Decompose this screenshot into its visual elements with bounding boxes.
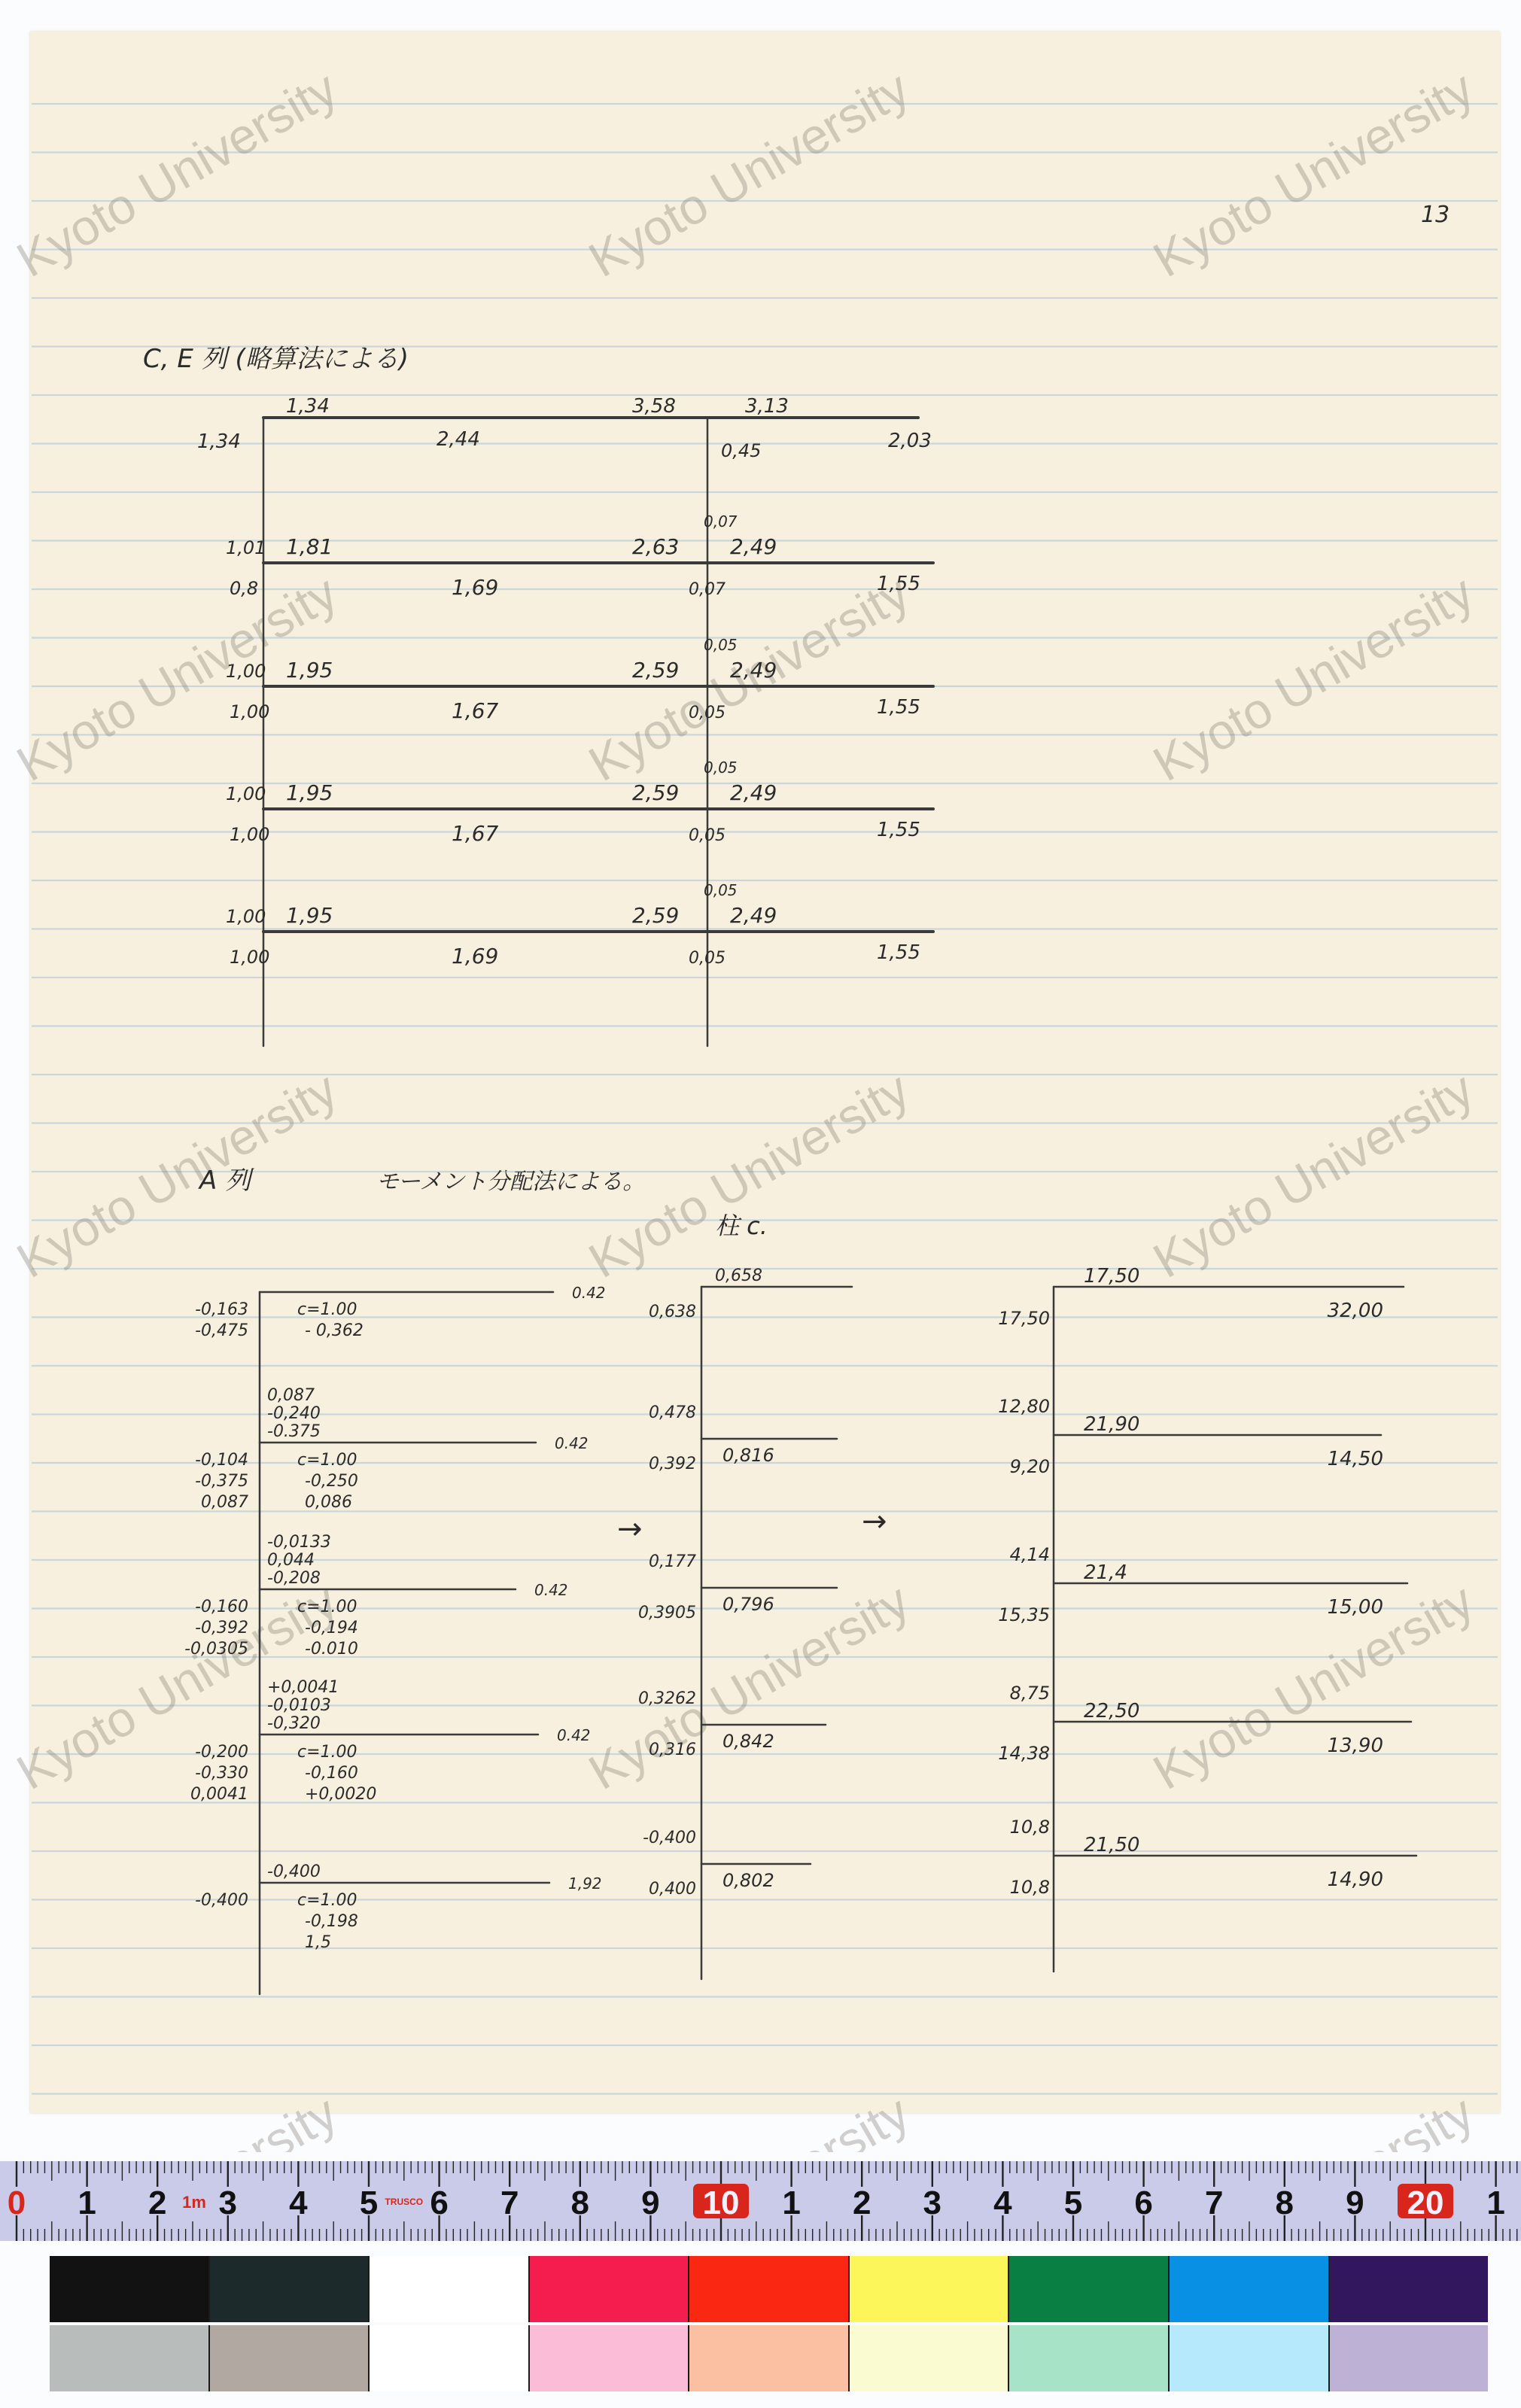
- handwritten-value: 0,05: [689, 949, 726, 968]
- handwritten-value: 0.42: [557, 1726, 591, 1744]
- handwritten-value: 1,95: [286, 780, 333, 805]
- handwritten-value: 15,00: [1328, 1596, 1383, 1619]
- handwritten-value: 10,8: [1010, 1877, 1050, 1898]
- handwritten-value: 14,90: [1328, 1868, 1383, 1891]
- below-value: c=1.00: [297, 1598, 357, 1616]
- ruler-label: 9: [1346, 2185, 1364, 2221]
- color-swatch: [210, 2256, 370, 2322]
- ruler-label: 1: [1486, 2185, 1504, 2221]
- handwritten-value: 2,44: [437, 428, 480, 451]
- handwritten-value: 2,49: [730, 780, 777, 805]
- above-value: 0,087: [267, 1386, 315, 1405]
- left-value: -0,104: [195, 1451, 248, 1470]
- handwritten-value: 0,3905: [638, 1604, 696, 1622]
- above-value: +0,0041: [267, 1678, 339, 1697]
- handwritten-value: 0.42: [555, 1434, 589, 1452]
- handwritten-value: 1,55: [877, 819, 920, 841]
- color-swatch: [1009, 2325, 1170, 2391]
- left-value: -0,330: [195, 1764, 248, 1783]
- handwritten-value: 21,4: [1084, 1561, 1127, 1584]
- moment-distribution-right: 17,5017,5032,0021,9012,809,2014,5021,44,…: [998, 1265, 1416, 1972]
- below-value: -0,194: [305, 1619, 358, 1637]
- handwritten-value: 21,90: [1084, 1413, 1139, 1436]
- ruler-label: 7: [1205, 2185, 1223, 2221]
- below-value: - 0,362: [305, 1321, 364, 1340]
- handwritten-value: 1,92: [568, 1874, 602, 1893]
- ruler-label: 5: [1064, 2185, 1082, 2221]
- ruler-label: 6: [430, 2185, 448, 2221]
- handwritten-value: 2,49: [730, 658, 777, 683]
- above-value: -0.375: [267, 1422, 321, 1441]
- ruler-brand-mark: TRUSCO: [385, 2197, 423, 2207]
- handwritten-value: 0,802: [722, 1870, 774, 1891]
- left-value: -0,400: [195, 1891, 248, 1910]
- arrow-icon: →: [862, 1504, 887, 1539]
- ruler-label: 7: [500, 2185, 519, 2221]
- handwritten-value: 14,50: [1328, 1448, 1383, 1470]
- left-value: -0,475: [195, 1321, 248, 1340]
- below-value: +0,0020: [305, 1785, 376, 1804]
- left-value: -0,200: [195, 1743, 248, 1762]
- handwritten-value: 0,316: [649, 1741, 696, 1759]
- handwritten-value: 2,59: [632, 903, 679, 928]
- ruler-label: 2: [148, 2185, 166, 2221]
- ruler-label: 4: [993, 2185, 1012, 2221]
- ruler-label: 0: [8, 2185, 26, 2221]
- handwritten-value: 2,49: [730, 903, 777, 928]
- watermark: Kyoto University: [1144, 564, 1483, 792]
- left-value: 0,0041: [190, 1785, 248, 1804]
- handwritten-value: 0,638: [649, 1303, 696, 1321]
- below-value: c=1.00: [297, 1743, 357, 1762]
- handwritten-value: 1,01: [226, 537, 266, 558]
- ruler-label: 3: [923, 2185, 941, 2221]
- color-swatch: [850, 2256, 1010, 2322]
- handwritten-value: 0,45: [721, 440, 761, 461]
- below-value: -0,160: [305, 1764, 358, 1783]
- handwritten-value: 0.42: [534, 1581, 568, 1599]
- handwritten-value: 0,3262: [638, 1689, 696, 1708]
- ruler-label: 10: [703, 2185, 740, 2221]
- below-value: 0,086: [305, 1493, 352, 1512]
- color-swatch: [50, 2256, 210, 2322]
- color-swatch: [210, 2325, 370, 2391]
- section2-subheading: 柱 c.: [715, 1212, 768, 1240]
- handwritten-value: 0,816: [722, 1445, 774, 1466]
- handwritten-value: 1,34: [286, 395, 330, 418]
- color-swatch: [530, 2256, 690, 2322]
- ruler-label: 1: [78, 2185, 96, 2221]
- handwritten-value: -0,400: [643, 1829, 696, 1847]
- watermark: Kyoto University: [8, 60, 346, 287]
- handwritten-value: 1,81: [286, 534, 333, 559]
- below-value: -0,198: [305, 1912, 358, 1931]
- ruler-label: 3: [219, 2185, 237, 2221]
- color-swatch: [530, 2325, 690, 2391]
- handwritten-value: 0,8: [230, 578, 258, 599]
- ruler-label: 5: [360, 2185, 378, 2221]
- handwritten-value: 0,05: [704, 759, 738, 777]
- ruler-label: 20: [1407, 2185, 1444, 2221]
- above-value: 0,044: [267, 1551, 315, 1570]
- arrow-icon: →: [617, 1512, 643, 1546]
- left-value: -0,392: [195, 1619, 248, 1637]
- handwritten-value: 13,90: [1328, 1735, 1383, 1757]
- handwritten-calculation-sheet: Kyoto UniversityKyoto UniversityKyoto Un…: [0, 0, 1521, 2152]
- color-swatch: [370, 2325, 530, 2391]
- left-value: -0,160: [195, 1598, 248, 1616]
- handwritten-value: 1,69: [452, 944, 498, 968]
- handwritten-value: 1,95: [286, 903, 333, 928]
- watermark: Kyoto University: [1144, 1061, 1483, 1289]
- above-value: -0,320: [267, 1714, 321, 1733]
- color-swatch: [689, 2256, 850, 2322]
- above-value: -0,208: [267, 1569, 321, 1588]
- color-swatch: [1009, 2256, 1170, 2322]
- handwritten-value: 17,50: [1084, 1265, 1139, 1288]
- color-calibration-chart: [50, 2256, 1488, 2391]
- handwritten-value: 1,00: [230, 701, 269, 722]
- section2-heading: モーメント分配法による。: [376, 1169, 645, 1195]
- color-swatch: [689, 2325, 850, 2391]
- handwritten-value: 0.42: [572, 1284, 606, 1302]
- ruler-label: 8: [571, 2185, 589, 2221]
- handwritten-value: 1,67: [452, 821, 499, 846]
- watermark: Kyoto University: [1144, 60, 1483, 287]
- handwritten-value: 21,50: [1084, 1834, 1139, 1856]
- handwritten-value: 2,49: [730, 534, 777, 559]
- handwritten-value: 1,34: [197, 430, 241, 453]
- page-number: 13: [1421, 202, 1450, 228]
- handwritten-value: 1,00: [226, 783, 266, 804]
- handwritten-value: 14,38: [998, 1743, 1050, 1764]
- handwritten-value: 0,177: [649, 1552, 696, 1571]
- handwritten-value: 0,07: [704, 512, 738, 531]
- color-swatch: [1170, 2256, 1330, 2322]
- handwritten-value: 1,00: [226, 661, 266, 682]
- handwritten-value: 12,80: [998, 1396, 1050, 1417]
- section2-heading-left: A 列: [198, 1166, 254, 1196]
- handwritten-value: 1,00: [230, 947, 269, 968]
- below-value: -0.010: [305, 1640, 358, 1659]
- handwritten-value: 2,59: [632, 780, 679, 805]
- left-value: -0,163: [195, 1300, 248, 1319]
- below-value: c=1.00: [297, 1451, 357, 1470]
- handwritten-value: 1,00: [230, 824, 269, 845]
- color-swatches-top-row: [50, 2256, 1488, 2322]
- ruler-label: 4: [289, 2185, 308, 2221]
- handwritten-value: 4,14: [1010, 1544, 1050, 1565]
- handwritten-value: 0,05: [704, 881, 738, 899]
- handwritten-value: 0,478: [649, 1403, 696, 1422]
- watermark: Kyoto University: [8, 1061, 346, 1289]
- handwritten-value: 0,05: [689, 826, 726, 845]
- handwritten-value: 0,05: [689, 704, 726, 722]
- below-value: -0,250: [305, 1472, 358, 1491]
- above-value: -0,240: [267, 1404, 321, 1423]
- handwritten-value: 32,00: [1328, 1300, 1383, 1322]
- below-value: 1,5: [305, 1933, 331, 1952]
- handwritten-value: 17,50: [998, 1308, 1050, 1329]
- handwritten-value: 10,8: [1010, 1817, 1050, 1838]
- handwritten-value: 8,75: [1010, 1683, 1050, 1704]
- color-swatch: [850, 2325, 1010, 2391]
- below-value: c=1.00: [297, 1891, 357, 1910]
- above-value: -0,0133: [267, 1533, 331, 1552]
- handwritten-value: 1,67: [452, 698, 499, 723]
- handwritten-value: 2,59: [632, 658, 679, 683]
- handwritten-value: 0,07: [689, 580, 726, 599]
- ruler-label: 2: [853, 2185, 871, 2221]
- ruler-label: 9: [641, 2185, 659, 2221]
- watermark: Kyoto University: [1144, 1573, 1483, 1800]
- handwritten-value: 15,35: [998, 1604, 1050, 1625]
- handwritten-value: 1,55: [877, 696, 920, 719]
- handwritten-value: 3,13: [745, 395, 789, 418]
- left-value: -0,375: [195, 1472, 248, 1491]
- handwritten-value: 1,55: [877, 573, 920, 595]
- color-swatch: [1170, 2325, 1330, 2391]
- handwritten-value: 1,55: [877, 941, 920, 964]
- ruler-label: 8: [1276, 2185, 1294, 2221]
- handwritten-value: 0,842: [722, 1731, 774, 1752]
- measuring-ruler: 0123456789101234567892011mTRUSCO: [0, 2161, 1521, 2241]
- ruler-unit-mark: 1m: [182, 2193, 206, 2212]
- left-value: -0,0305: [184, 1640, 248, 1659]
- ruler-label: 6: [1134, 2185, 1152, 2221]
- below-value: c=1.00: [297, 1300, 357, 1319]
- color-swatches-bottom-row: [50, 2325, 1488, 2391]
- handwritten-value: 9,20: [1010, 1456, 1050, 1477]
- handwritten-value: 3,58: [632, 395, 676, 418]
- handwritten-value: 0,796: [722, 1594, 774, 1615]
- handwritten-value: 0,392: [649, 1455, 696, 1473]
- above-value: -0,400: [267, 1862, 321, 1881]
- ruler-label: 1: [782, 2185, 800, 2221]
- handwritten-value: 1,69: [452, 575, 498, 600]
- color-swatch: [370, 2256, 530, 2322]
- handwritten-value: 1,00: [226, 906, 266, 927]
- handwritten-value: 1,95: [286, 658, 333, 683]
- watermark: Kyoto University: [580, 60, 918, 287]
- above-value: -0,0103: [267, 1696, 331, 1715]
- handwritten-value: 2,63: [632, 534, 679, 559]
- color-swatch: [50, 2325, 210, 2391]
- color-swatch: [1330, 2325, 1489, 2391]
- color-swatch: [1330, 2256, 1489, 2322]
- handwritten-value: 0,658: [715, 1266, 762, 1285]
- left-value: 0,087: [201, 1493, 248, 1512]
- handwritten-value: 2,03: [888, 430, 932, 452]
- handwritten-value: 0,400: [649, 1880, 696, 1899]
- section1-heading: C, E 列 (略算法による): [143, 344, 409, 374]
- handwritten-value: 0,05: [704, 636, 738, 654]
- handwritten-value: 22,50: [1084, 1700, 1139, 1722]
